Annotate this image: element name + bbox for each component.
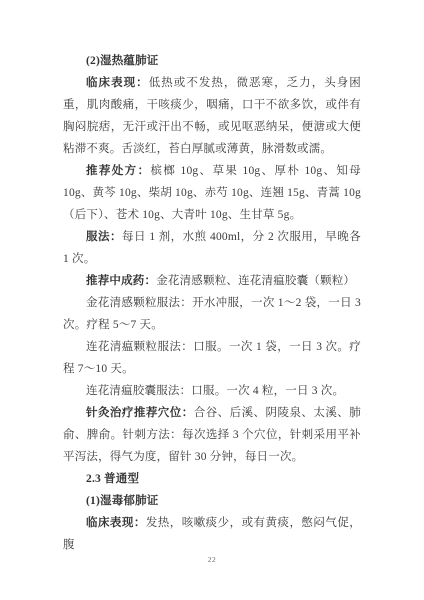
page-number: 22 [0, 555, 424, 564]
paragraph-lianhua-qingwen-granule-dosage: 连花清瘟颗粒服法：口服。一次 1 袋，一日 3 次。疗程 7～10 天。 [63, 336, 361, 380]
paragraph-label: 临床表现： [86, 77, 149, 89]
paragraph-administration: 服法：每日 1 剂，水煎 400ml，分 2 次服用，早晚各 1 次。 [63, 226, 361, 270]
paragraph-label: 针灸治疗推荐穴位： [86, 407, 194, 419]
paragraph-clinical-manifestations: 临床表现：低热或不发热，微恶寒，乏力，头身困重，肌肉酸痛，干咳痰少，咽痛，口干不… [63, 72, 361, 160]
paragraph-label: 推荐中成药： [86, 275, 156, 287]
section-heading-damp-toxin: (1)湿毒郁肺证 [63, 490, 361, 512]
paragraph-text: 金花清感颗粒服法：开水冲服，一次 1～2 袋，一日 3 次。疗程 5～7 天。 [63, 297, 361, 331]
document-page: (2)湿热蕴肺证 临床表现：低热或不发热，微恶寒，乏力，头身困重，肌肉酸痛，干咳… [0, 0, 424, 600]
paragraph-recommended-prescription: 推荐处方：槟榔 10g、草果 10g、厚朴 10g、知母 10g、黄芩 10g、… [63, 160, 361, 226]
paragraph-acupuncture-points: 针灸治疗推荐穴位：合谷、后溪、阴陵泉、太溪、肺俞、脾俞。针刺方法：每次选择 3 … [63, 402, 361, 468]
paragraph-lianhua-qingwen-capsule-dosage: 连花清瘟胶囊服法：口服。一次 4 粒，一日 3 次。 [63, 380, 361, 402]
section-heading-common-type: 2.3 普通型 [63, 468, 361, 490]
paragraph-text: 金花清感颗粒、连花清瘟胶囊（颗粒） [156, 275, 355, 287]
paragraph-jinhua-qinggan-dosage: 金花清感颗粒服法：开水冲服，一次 1～2 袋，一日 3 次。疗程 5～7 天。 [63, 292, 361, 336]
paragraph-label: 临床表现： [86, 517, 146, 529]
paragraph-text: 连花清瘟胶囊服法：口服。一次 4 粒，一日 3 次。 [86, 385, 344, 397]
paragraph-label: 推荐处方： [86, 165, 150, 177]
section-heading-damp-heat: (2)湿热蕴肺证 [63, 50, 361, 72]
paragraph-label: 服法： [86, 231, 122, 243]
paragraph-recommended-patent-medicine: 推荐中成药：金花清感颗粒、连花清瘟胶囊（颗粒） [63, 270, 361, 292]
paragraph-clinical-manifestations-2: 临床表现：发热，咳嗽痰少，或有黄痰，憋闷气促，腹 [63, 512, 361, 556]
document-body: (2)湿热蕴肺证 临床表现：低热或不发热，微恶寒，乏力，头身困重，肌肉酸痛，干咳… [63, 50, 361, 556]
paragraph-text: 连花清瘟颗粒服法：口服。一次 1 袋，一日 3 次。疗程 7～10 天。 [63, 341, 361, 375]
